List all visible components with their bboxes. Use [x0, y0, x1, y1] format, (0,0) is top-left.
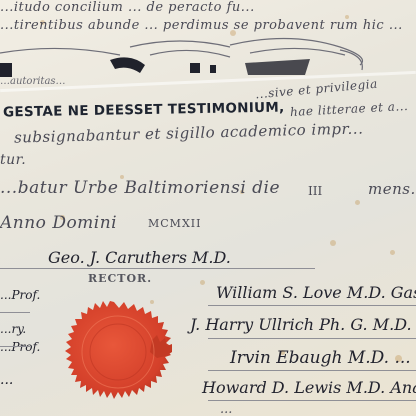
faculty-signature: William S. Love M.D. Gast... [216, 283, 416, 302]
signature-line [0, 312, 30, 313]
foxing-stain [330, 240, 336, 246]
text-line: ...batur Urbe Baltimoriensi die [0, 178, 280, 198]
year-value: MCMXII [148, 217, 201, 230]
rector-title: RECTOR. [88, 272, 152, 285]
text-line: Anno Domini [0, 213, 117, 233]
text-line: …autoritas… [0, 76, 66, 87]
foxing-stain [355, 200, 360, 205]
left-signature: ...ry. [0, 322, 26, 336]
faculty-signature: Howard D. Lewis M.D. Anatom... [202, 378, 416, 397]
foxing-stain [200, 280, 205, 285]
left-signature: ...Prof. [0, 288, 40, 302]
left-signature: ... [0, 372, 13, 388]
text-line: tur. [0, 152, 26, 168]
day-value: III [308, 184, 322, 198]
testimonium-heading: GESTAE NE DEESSET TESTIMONIUM, [3, 100, 285, 121]
rector-signature: Geo. J. Caruthers M.D. [48, 248, 231, 267]
signature-line [208, 338, 416, 339]
text-line: ...itudo concilium ... de peracto fu... [0, 0, 255, 15]
text-line: ...tirentibus abunde ... perdimus se pro… [0, 18, 403, 33]
signature-line [208, 370, 416, 371]
text-line: subsignabantur et sigillo academico impr… [14, 119, 364, 146]
text-line: mens... [368, 180, 416, 198]
faculty-signature: J. Harry Ullrich Ph. G. M.D. C... [190, 315, 416, 334]
signature-line [208, 400, 416, 401]
diploma-paper: ...itudo concilium ... de peracto fu... … [0, 0, 416, 416]
red-seal-icon [52, 300, 192, 416]
signature-line [0, 268, 315, 269]
signature-line [208, 305, 416, 306]
faculty-signature: ... [220, 402, 232, 416]
foxing-stain [390, 250, 395, 255]
signature-line [0, 346, 30, 347]
left-signature: ...Prof. [0, 340, 40, 354]
faculty-signature: Irvin Ebaugh M.D. ... [230, 348, 411, 368]
text-line: hae litterae et a... [290, 99, 409, 119]
